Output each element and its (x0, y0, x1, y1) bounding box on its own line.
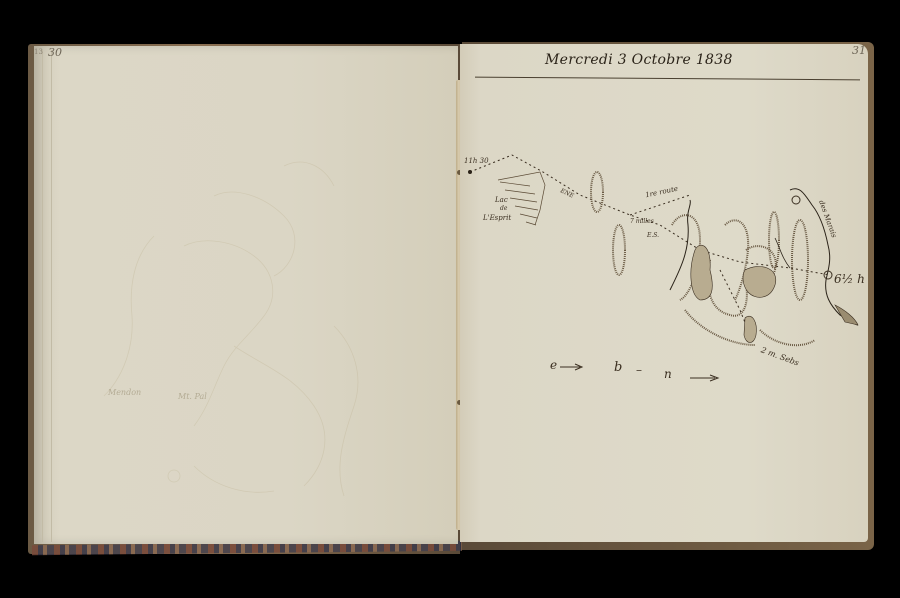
map-label-bearing-es: E.S. (647, 232, 659, 239)
faint-label: Mt. Pal (178, 392, 207, 401)
map-label-start-time: 11h 30 (464, 157, 489, 165)
open-notebook: 13 30 Mendon Mt. Pal 31 Mercredi 3 Octob… (0, 0, 900, 598)
legend-n: n (664, 367, 672, 381)
hand-drawn-route-map (460, 44, 868, 542)
legend-dash: – (636, 363, 642, 377)
map-label-end-time: 6½ h (834, 272, 865, 286)
map-label-lake: Lac (495, 196, 508, 204)
map-label-lake-name: L'Esprit (483, 214, 511, 222)
legend-b: b (614, 360, 622, 375)
legend-e: e (550, 358, 557, 372)
map-label-lake-de: de (500, 205, 507, 212)
faint-show-through-map (34, 46, 458, 544)
faint-label: Mendon (108, 388, 141, 397)
map-label-miles: 7 milles (630, 218, 654, 225)
